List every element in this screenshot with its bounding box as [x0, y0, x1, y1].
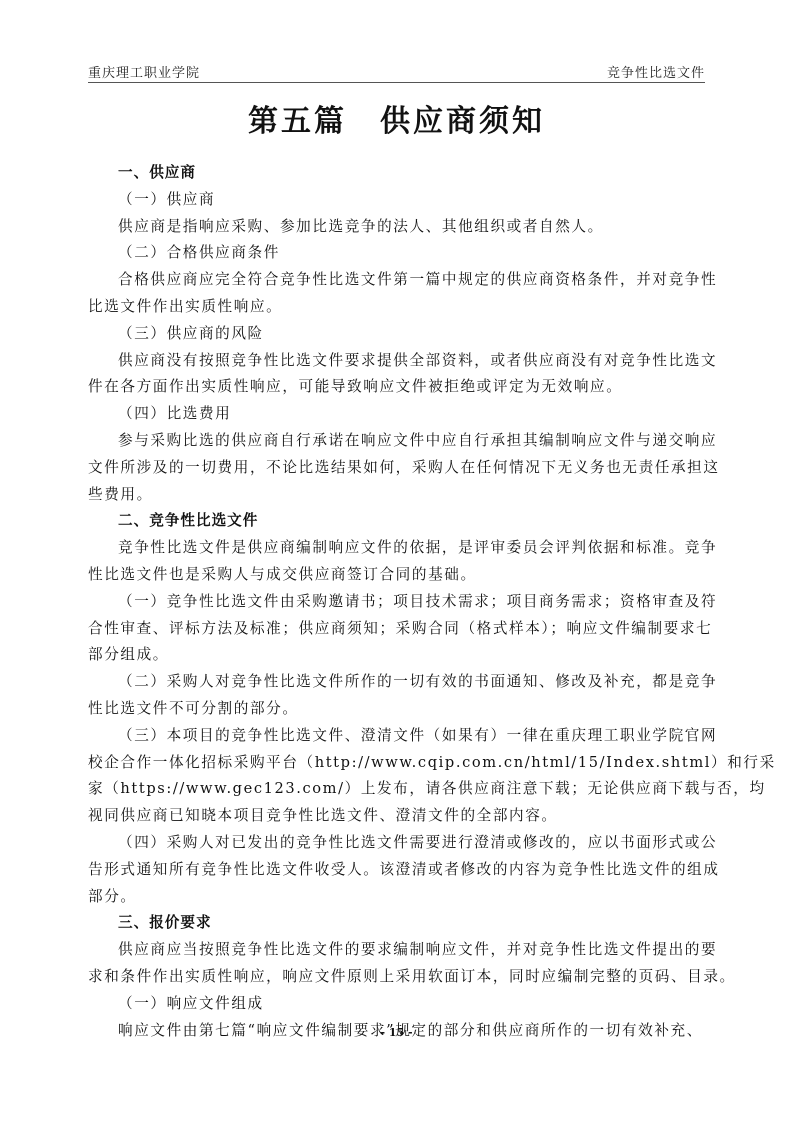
paragraph-line: 竞争性比选文件是供应商编制响应文件的依据，是评审委员会评判依据和标准。竞争: [88, 535, 705, 562]
subsection-heading: （一）响应文件组成: [88, 991, 705, 1018]
page-header: 重庆理工职业学院 竞争性比选文件: [88, 60, 705, 83]
paragraph-line: 些费用。: [88, 482, 705, 509]
paragraph-line: 家（https://www.gec123.com/）上发布，请各供应商注意下载；…: [88, 776, 705, 803]
paragraph-line: 供应商没有按照竞争性比选文件要求提供全部资料，或者供应商没有对竞争性比选文: [88, 348, 705, 375]
subsection-heading: （一）供应商: [88, 187, 705, 214]
section-heading: 二、竞争性比选文件: [88, 508, 705, 535]
subsection-heading: （四）比选费用: [88, 401, 705, 428]
paragraph-line: 视同供应商已知晓本项目竞争性比选文件、澄清文件的全部内容。: [88, 803, 705, 830]
paragraph-line: 供应商应当按照竞争性比选文件的要求编制响应文件，并对竞争性比选文件提出的要: [88, 937, 705, 964]
paragraph-line: （三）本项目的竞争性比选文件、澄清文件（如果有）一律在重庆理工职业学院官网: [88, 723, 705, 750]
paragraph-line: 求和条件作出实质性响应，响应文件原则上采用软面订本，同时应编制完整的页码、目录。: [88, 964, 705, 991]
paragraph-line: 性比选文件不可分割的部分。: [88, 696, 705, 723]
section-heading: 一、供应商: [88, 160, 705, 187]
header-document-type: 竞争性比选文件: [607, 62, 705, 81]
paragraph-line: 告形式通知所有竞争性比选文件收受人。该澄清或者修改的内容为竞争性比选文件的组成: [88, 857, 705, 884]
paragraph-line: 件在各方面作出实质性响应，可能导致响应文件被拒绝或评定为无效响应。: [88, 374, 705, 401]
paragraph-line: 合格供应商应完全符合竞争性比选文件第一篇中规定的供应商资格条件，并对竞争性: [88, 267, 705, 294]
paragraph-line: 性比选文件也是采购人与成交供应商签订合同的基础。: [88, 562, 705, 589]
subsection-heading: （二）合格供应商条件: [88, 240, 705, 267]
page-title: 第五篇 供应商须知: [0, 96, 793, 140]
paragraph-line: 合性审查、评标方法及标准；供应商须知；采购合同（格式样本）；响应文件编制要求七: [88, 616, 705, 643]
paragraph-line: 部分组成。: [88, 642, 705, 669]
header-institution: 重庆理工职业学院: [88, 62, 200, 81]
paragraph-line: 供应商是指响应采购、参加比选竞争的法人、其他组织或者自然人。: [88, 214, 705, 241]
paragraph-line: （四）采购人对已发出的竞争性比选文件需要进行澄清或修改的，应以书面形式或公: [88, 830, 705, 857]
section-heading: 三、报价要求: [88, 910, 705, 937]
paragraph-line: 部分。: [88, 884, 705, 911]
paragraph-line: 文件所涉及的一切费用，不论比选结果如何，采购人在任何情况下无义务也无责任承担这: [88, 455, 705, 482]
subsection-heading: （三）供应商的风险: [88, 321, 705, 348]
page-number: - 15 -: [0, 1026, 793, 1039]
paragraph-line: （一）竞争性比选文件由采购邀请书；项目技术需求；项目商务需求；资格审查及符: [88, 589, 705, 616]
paragraph-line: （二）采购人对竞争性比选文件所作的一切有效的书面通知、修改及补充，都是竞争: [88, 669, 705, 696]
paragraph-line: 参与采购比选的供应商自行承诺在响应文件中应自行承担其编制响应文件与递交响应: [88, 428, 705, 455]
document-body: 一、供应商（一）供应商供应商是指响应采购、参加比选竞争的法人、其他组织或者自然人…: [88, 160, 705, 1044]
paragraph-line: 比选文件作出实质性响应。: [88, 294, 705, 321]
paragraph-line: 校企合作一体化招标采购平台（http://www.cqip.com.cn/htm…: [88, 750, 705, 777]
